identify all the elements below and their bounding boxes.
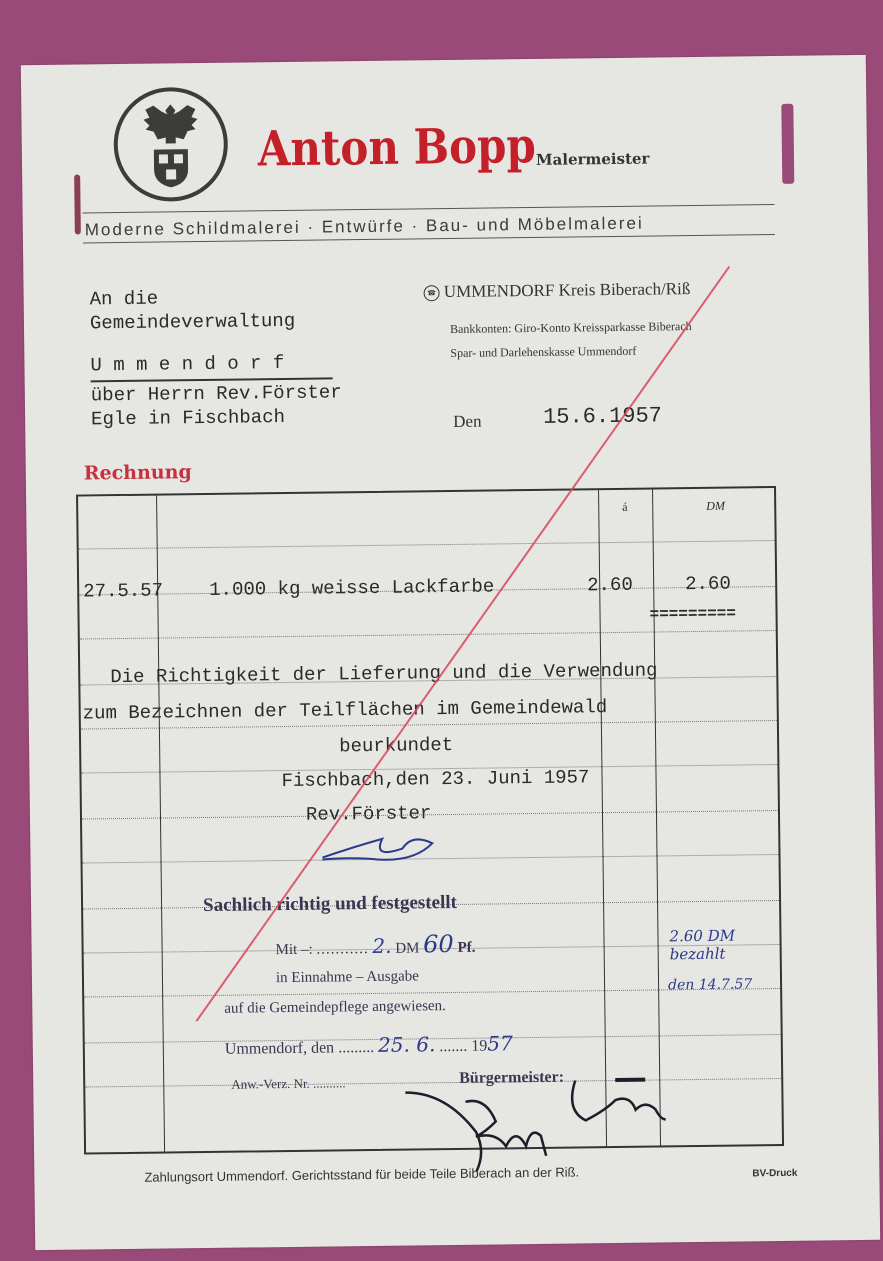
invoice-paper: Anton Bopp Malermeister Moderne Schildma… (21, 55, 880, 1250)
red-strike-line (21, 55, 880, 1250)
paper-tear (74, 174, 81, 234)
printer-mark: BV-Druck (752, 1168, 797, 1180)
paper-tear (781, 104, 794, 184)
